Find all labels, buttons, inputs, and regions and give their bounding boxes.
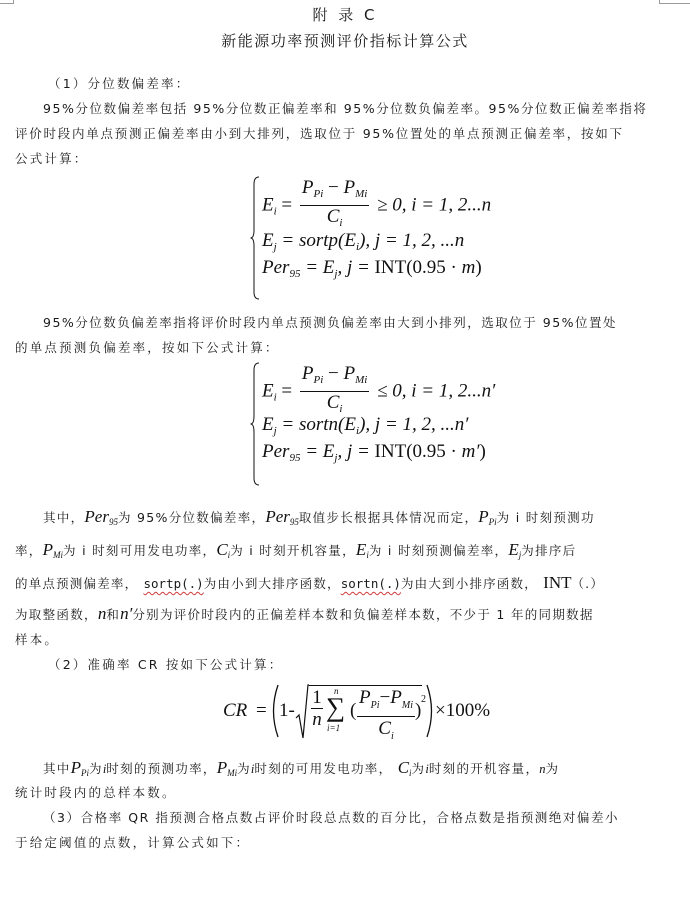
text-segment: 和 — [106, 607, 120, 622]
var-e: E — [262, 230, 274, 251]
symbol-pmi: PMi — [217, 758, 237, 777]
left-brace-icon — [250, 176, 260, 300]
var-p: P — [302, 177, 314, 198]
var-p: P — [71, 758, 81, 777]
text-segment: 为排序后 — [521, 543, 576, 558]
j-equals: , j = — [337, 257, 374, 278]
one-over-n: 1 n — [311, 688, 323, 731]
sub-mi: Mi — [355, 374, 367, 386]
var-per: Per — [84, 507, 109, 526]
sub-95: 95 — [290, 517, 299, 527]
var-p: P — [390, 687, 402, 708]
section1-heading: （1）分位数偏差率： — [48, 76, 190, 92]
var-e: E — [262, 380, 274, 401]
definitions-line3: 的单点预测偏差率， sortp(.)为由小到大排序函数，sortn(.)为由大到… — [15, 575, 604, 592]
var-per: Per — [262, 441, 289, 462]
left-brace-icon — [250, 362, 260, 486]
fraction-numerator: PPi − PMi — [300, 364, 369, 392]
minus-sign: − — [328, 177, 339, 198]
times-100-percent: ×100% — [435, 700, 490, 722]
var-e: E — [356, 540, 366, 559]
var-p: P — [478, 507, 488, 526]
text-segment: 为 95%分位数偏差率， — [118, 510, 265, 525]
text-segment: 取值步长根据具体情况而定， — [299, 510, 478, 525]
var-c: C — [378, 718, 391, 739]
fraction-denominator: Ci — [357, 717, 415, 749]
square-root-bar — [309, 685, 422, 686]
page-title: 新能源功率预测评价指标计算公式 — [0, 30, 690, 51]
equals-sign: = — [281, 194, 292, 215]
section1-para1-line3: 公式计算： — [15, 151, 89, 167]
sub-pi: Pi — [489, 517, 497, 527]
condition-text: ≥ 0, i = 1, 2...n — [377, 194, 491, 215]
square-root-icon — [295, 684, 309, 740]
sub-mi: Mi — [355, 188, 367, 200]
section1-para2-line2: 的单点预测负偏差率，按如下公式计算： — [15, 340, 280, 356]
var-e: E — [508, 540, 518, 559]
text-segment: 为 — [546, 761, 560, 776]
var-p: P — [302, 363, 314, 384]
var-p: P — [344, 363, 356, 384]
formula-positive-row3: Per95 = Ej, j = INT(0.95 · m) — [262, 257, 482, 280]
sub-i: i — [274, 205, 277, 217]
condition-text: ≤ 0, i = 1, 2...n′ — [377, 380, 495, 401]
symbol-ej: Ej — [508, 540, 521, 559]
sub-mi: Mi — [53, 550, 63, 560]
sortn-function: sortn(.) — [341, 576, 401, 591]
section3-line2: 于给定阈值的点数，计算公式如下： — [15, 835, 250, 851]
formula-negative-row3: Per95 = Ej, j = INT(0.95 · m′) — [262, 441, 486, 464]
sortp-expression: = sortp(E — [281, 230, 356, 251]
symbol-per95: Per95 — [84, 507, 118, 526]
text-segment: 其中 — [43, 761, 71, 776]
var-p: P — [344, 177, 356, 198]
text-segment: 为取整函数， — [15, 607, 98, 622]
sub-95: 95 — [289, 452, 300, 464]
sub-mi: Mi — [227, 768, 237, 778]
text-segment: 时刻的预测功率， — [106, 761, 216, 776]
symbol-ei: Ei — [356, 540, 369, 559]
sub-pi: Pi — [81, 768, 89, 778]
fraction-numerator: PPi−PMi — [357, 688, 415, 717]
int-function: INT — [543, 573, 571, 592]
minus-sign: − — [380, 687, 391, 708]
section1-para2-line1: 95%分位数负偏差率指将评价时段内单点预测负偏差率由大到小排列，选取位于 95%… — [43, 315, 617, 331]
symbol-ci: Ci — [398, 758, 412, 777]
j-equals: , j = — [337, 441, 374, 462]
text-segment: 时刻的可用发电功率， — [254, 761, 392, 776]
fraction-numerator: 1 — [311, 688, 323, 709]
int-argument: (0.95 · — [406, 441, 461, 462]
text-segment: 分别为评价时段内的正偏差样本数和负偏差样本数，不少于 1 年的同期数据 — [132, 607, 593, 622]
var-per: Per — [265, 507, 290, 526]
sortn-expression: = sortn(E — [281, 414, 356, 435]
cr-definitions-line1: 其中PPi为i时刻的预测功率，PMi为i时刻的可用发电功率， Ci为i时刻的开机… — [43, 760, 559, 781]
section3-line1: （3）合格率 QR 指预测合格点数占评价时段总点数的百分比，合格点数是指预测绝对… — [43, 810, 619, 826]
equals-sign: = — [281, 380, 292, 401]
text-segment: 为 i 时刻预测功 — [497, 510, 595, 525]
sum-lower-limit: i=1 — [327, 723, 340, 733]
var-n-prime: n′ — [120, 604, 132, 623]
text-segment: 为 i 时刻预测偏差率， — [369, 543, 509, 558]
sub-95: 95 — [109, 517, 118, 527]
var-c: C — [327, 206, 340, 227]
summation-icon: ∑ — [326, 692, 345, 723]
sub-i: i — [274, 391, 277, 403]
var-cr: CR — [223, 700, 247, 722]
fraction: PPi − PMi Ci — [300, 178, 369, 234]
definitions-line4: 为取整函数，n和n′分别为评价时段内的正偏差样本数和负偏差样本数，不少于 1 年… — [15, 606, 594, 623]
text-segment: 的单点预测偏差率， — [15, 576, 138, 591]
var-m: m — [462, 257, 476, 278]
var-p: P — [43, 540, 53, 559]
symbol-per95: Per95 — [265, 507, 299, 526]
equals-sign: = — [256, 700, 267, 722]
text-segment: 率， — [15, 543, 43, 558]
text-segment: 为 i 时刻开机容量， — [230, 543, 356, 558]
var-p: P — [217, 758, 227, 777]
int-function: INT — [375, 441, 407, 462]
sub-mi: Mi — [402, 700, 413, 711]
var-m-prime: m′ — [462, 441, 480, 462]
sub-95: 95 — [289, 268, 300, 280]
symbol-ppi: PPi — [71, 758, 89, 777]
var-c: C — [327, 392, 340, 413]
sub-j: j — [274, 241, 277, 253]
text-segment: 为 — [412, 761, 426, 776]
sub-i: i — [339, 217, 342, 229]
int-argument: (0.95 · — [406, 257, 461, 278]
equals-e: = E — [305, 441, 334, 462]
text-segment: 为 — [237, 761, 251, 776]
int-function: INT — [375, 257, 407, 278]
equals-e: = E — [305, 257, 334, 278]
text-segment: 为由大到小排序函数， — [401, 576, 538, 591]
index-range: ), j = 1, 2, ...n — [359, 230, 464, 251]
var-p: P — [359, 687, 371, 708]
formula-positive-deviation: Ei = PPi − PMi Ci ≥ 0, i = 1, 2...n Ej =… — [250, 176, 480, 300]
var-per: Per — [262, 257, 289, 278]
inner-fraction: PPi−PMi Ci — [357, 688, 415, 749]
formula-accuracy-cr: CR = 1- 1 n n ∑ i=1 ( PPi−PMi Ci ) 2 ×10… — [223, 686, 493, 738]
fraction-numerator: PPi − PMi — [300, 178, 369, 206]
var-e: E — [262, 414, 274, 435]
text-segment: 为由小到大排序函数， — [204, 576, 341, 591]
close-paren: ) — [475, 257, 481, 278]
fraction-denominator: n — [311, 709, 323, 731]
formula-positive-row1: Ei = PPi − PMi Ci ≥ 0, i = 1, 2...n — [262, 178, 491, 234]
text-segment: 为 — [89, 761, 103, 776]
inner-open-paren: ( — [350, 700, 356, 722]
one-minus: 1- — [279, 700, 295, 722]
text-segment: 其中， — [43, 510, 84, 525]
close-paren: ) — [480, 441, 486, 462]
formula-negative-row1: Ei = PPi − PMi Ci ≤ 0, i = 1, 2...n′ — [262, 364, 495, 420]
definitions-line2: 率，PMi为 i 时刻可用发电功率，Ci为 i 时刻开机容量，Ei为 i 时刻预… — [15, 542, 576, 563]
sub-i: i — [391, 731, 394, 742]
formula-negative-row2: Ej = sortn(Ei), j = 1, 2, ...n′ — [262, 414, 468, 437]
symbol-ppi: PPi — [478, 507, 496, 526]
text-segment: 为 i 时刻可用发电功率， — [63, 543, 216, 558]
sub-pi: Pi — [371, 700, 380, 711]
sub-pi: Pi — [314, 374, 324, 386]
var-e: E — [262, 194, 274, 215]
minus-sign: − — [328, 363, 339, 384]
definitions-line1: 其中，Per95为 95%分位数偏差率，Per95取值步长根据具体情况而定，PP… — [43, 509, 595, 530]
sub-pi: Pi — [314, 188, 324, 200]
formula-positive-row2: Ej = sortp(Ei), j = 1, 2, ...n — [262, 230, 464, 253]
var-c: C — [398, 758, 409, 777]
fraction: PPi − PMi Ci — [300, 364, 369, 420]
section1-para1-line1: 95%分位数偏差率包括 95%分位数正偏差率和 95%分位数负偏差率。95%分位… — [43, 101, 647, 117]
cr-definitions-line2: 统计时段内的总样本数。 — [15, 785, 177, 801]
section1-para1-line2: 评价时段内单点预测正偏差率由小到大排列，选取位于 95%位置处的单点预测正偏差率… — [15, 126, 624, 142]
sortp-function: sortp(.) — [144, 576, 204, 591]
definitions-line5: 样本。 — [15, 632, 59, 648]
text-segment: （.） — [571, 576, 604, 591]
symbol-ci: Ci — [216, 540, 230, 559]
var-c: C — [216, 540, 227, 559]
appendix-label: 附 录 C — [0, 4, 690, 25]
sub-j: j — [274, 425, 277, 437]
section2-heading: （2）准确率 CR 按如下公式计算： — [48, 657, 283, 673]
index-range: ), j = 1, 2, ...n′ — [359, 414, 468, 435]
symbol-pmi: PMi — [43, 540, 63, 559]
text-segment: 时刻的开机容量， — [429, 761, 539, 776]
formula-negative-deviation: Ei = PPi − PMi Ci ≤ 0, i = 1, 2...n′ Ej … — [250, 362, 480, 486]
